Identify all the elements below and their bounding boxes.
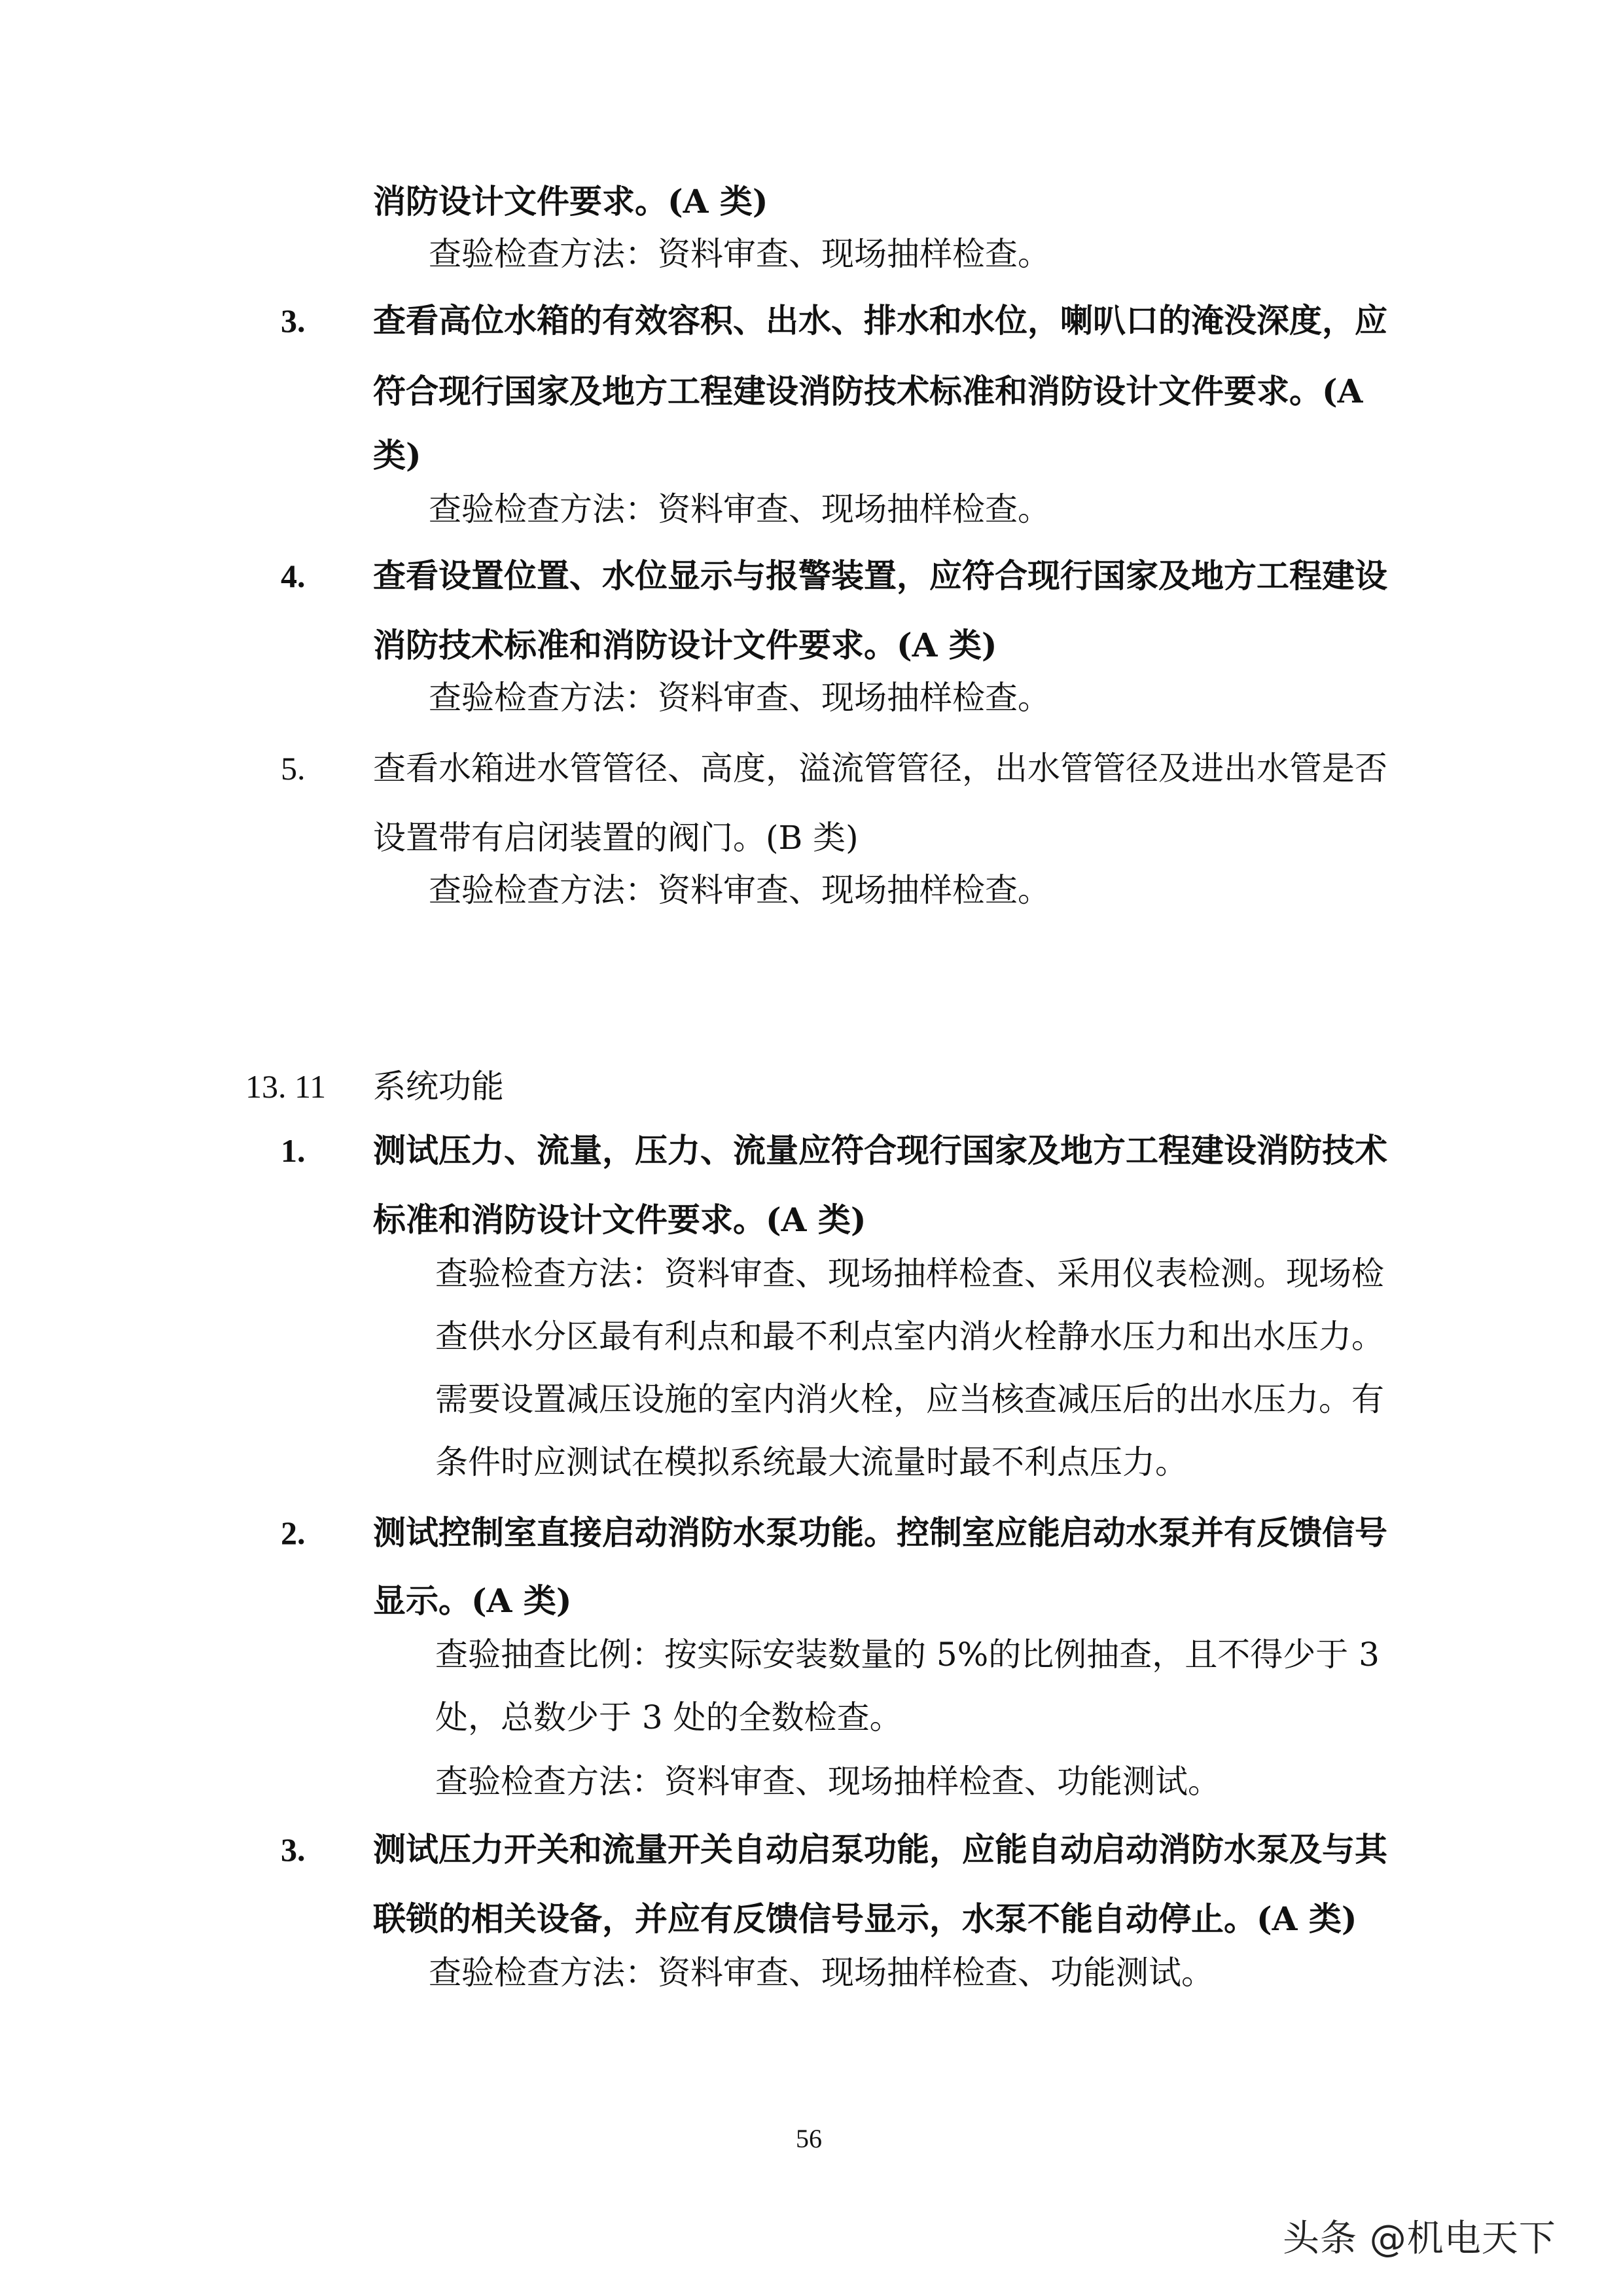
section-item-1-number: 1. bbox=[281, 1131, 306, 1170]
section-item-3-inspection-method: 查验检查方法：资料审查、现场抽样检查、功能测试。 bbox=[429, 1953, 1214, 1992]
section-item-2-line-2: 显示。(A 类) bbox=[373, 1581, 572, 1621]
section-item-1-line-2: 标准和消防设计文件要求。(A 类) bbox=[373, 1200, 866, 1240]
section-item-2-line-1: 测试控制室直接启动消防水泵功能。控制室应能启动水泵并有反馈信号 bbox=[373, 1513, 1387, 1552]
section-item-2-sampling-line-2: 处，总数少于 3 处的全数检查。 bbox=[435, 1698, 902, 1737]
item-5-number: 5. bbox=[281, 749, 306, 788]
section-title: 系统功能 bbox=[373, 1067, 504, 1106]
section-item-3-number: 3. bbox=[281, 1830, 306, 1869]
item-4-inspection-method: 查验检查方法：资料审查、现场抽样检查。 bbox=[429, 678, 1050, 717]
item-2-continuation: 消防设计文件要求。(A 类) bbox=[373, 182, 768, 221]
item-3-line-1: 查看高位水箱的有效容积、出水、排水和水位，喇叭口的淹没深度，应 bbox=[373, 301, 1387, 340]
item-5-line-1: 查看水箱进水管管径、高度，溢流管管径，出水管管径及进出水管是否 bbox=[373, 749, 1387, 788]
page-number: 56 bbox=[796, 2123, 822, 2154]
section-item-3-line-1: 测试压力开关和流量开关自动启泵功能，应能自动启动消防水泵及与其 bbox=[373, 1830, 1387, 1869]
section-item-1-line-1: 测试压力、流量，压力、流量应符合现行国家及地方工程建设消防技术 bbox=[373, 1131, 1387, 1170]
item-4-number: 4. bbox=[281, 556, 306, 596]
item-4-line-2: 消防技术标准和消防设计文件要求。(A 类) bbox=[373, 626, 997, 665]
item-5-inspection-method: 查验检查方法：资料审查、现场抽样检查。 bbox=[429, 870, 1050, 910]
section-item-1-method-line-2: 查供水分区最有利点和最不利点室内消火栓静水压力和出水压力。 bbox=[435, 1317, 1384, 1356]
item-4-line-1: 查看设置位置、水位显示与报警装置，应符合现行国家及地方工程建设 bbox=[373, 556, 1387, 596]
section-item-2-inspection-method: 查验检查方法：资料审查、现场抽样检查、功能测试。 bbox=[435, 1762, 1221, 1801]
section-item-3-line-2: 联锁的相关设备，并应有反馈信号显示，水泵不能自动停止。(A 类) bbox=[373, 1899, 1357, 1939]
watermark: 头条 @机电天下 bbox=[1283, 2210, 1556, 2262]
item-3-line-2: 符合现行国家及地方工程建设消防技术标准和消防设计文件要求。(A bbox=[373, 372, 1363, 411]
section-item-1-method-line-3: 需要设置减压设施的室内消火栓，应当核查减压后的出水压力。有 bbox=[435, 1380, 1384, 1419]
item-3-line-3: 类) bbox=[373, 436, 421, 475]
section-number: 13. 11 bbox=[245, 1067, 326, 1106]
item-5-line-2: 设置带有启闭装置的阀门。(B 类) bbox=[373, 818, 859, 857]
section-item-1-method-line-1: 查验检查方法：资料审查、现场抽样检查、采用仪表检测。现场检 bbox=[435, 1254, 1384, 1293]
section-item-1-method-line-4: 条件时应测试在模拟系统最大流量时最不利点压力。 bbox=[435, 1443, 1188, 1482]
item-3-number: 3. bbox=[281, 301, 306, 340]
section-item-2-sampling-line-1: 查验抽查比例：按实际安装数量的 5%的比例抽查，且不得少于 3 bbox=[435, 1635, 1380, 1674]
section-item-2-number: 2. bbox=[281, 1513, 306, 1552]
item-2-inspection-method: 查验检查方法：资料审查、现场抽样检查。 bbox=[429, 234, 1050, 274]
item-3-inspection-method: 查验检查方法：资料审查、现场抽样检查。 bbox=[429, 490, 1050, 529]
